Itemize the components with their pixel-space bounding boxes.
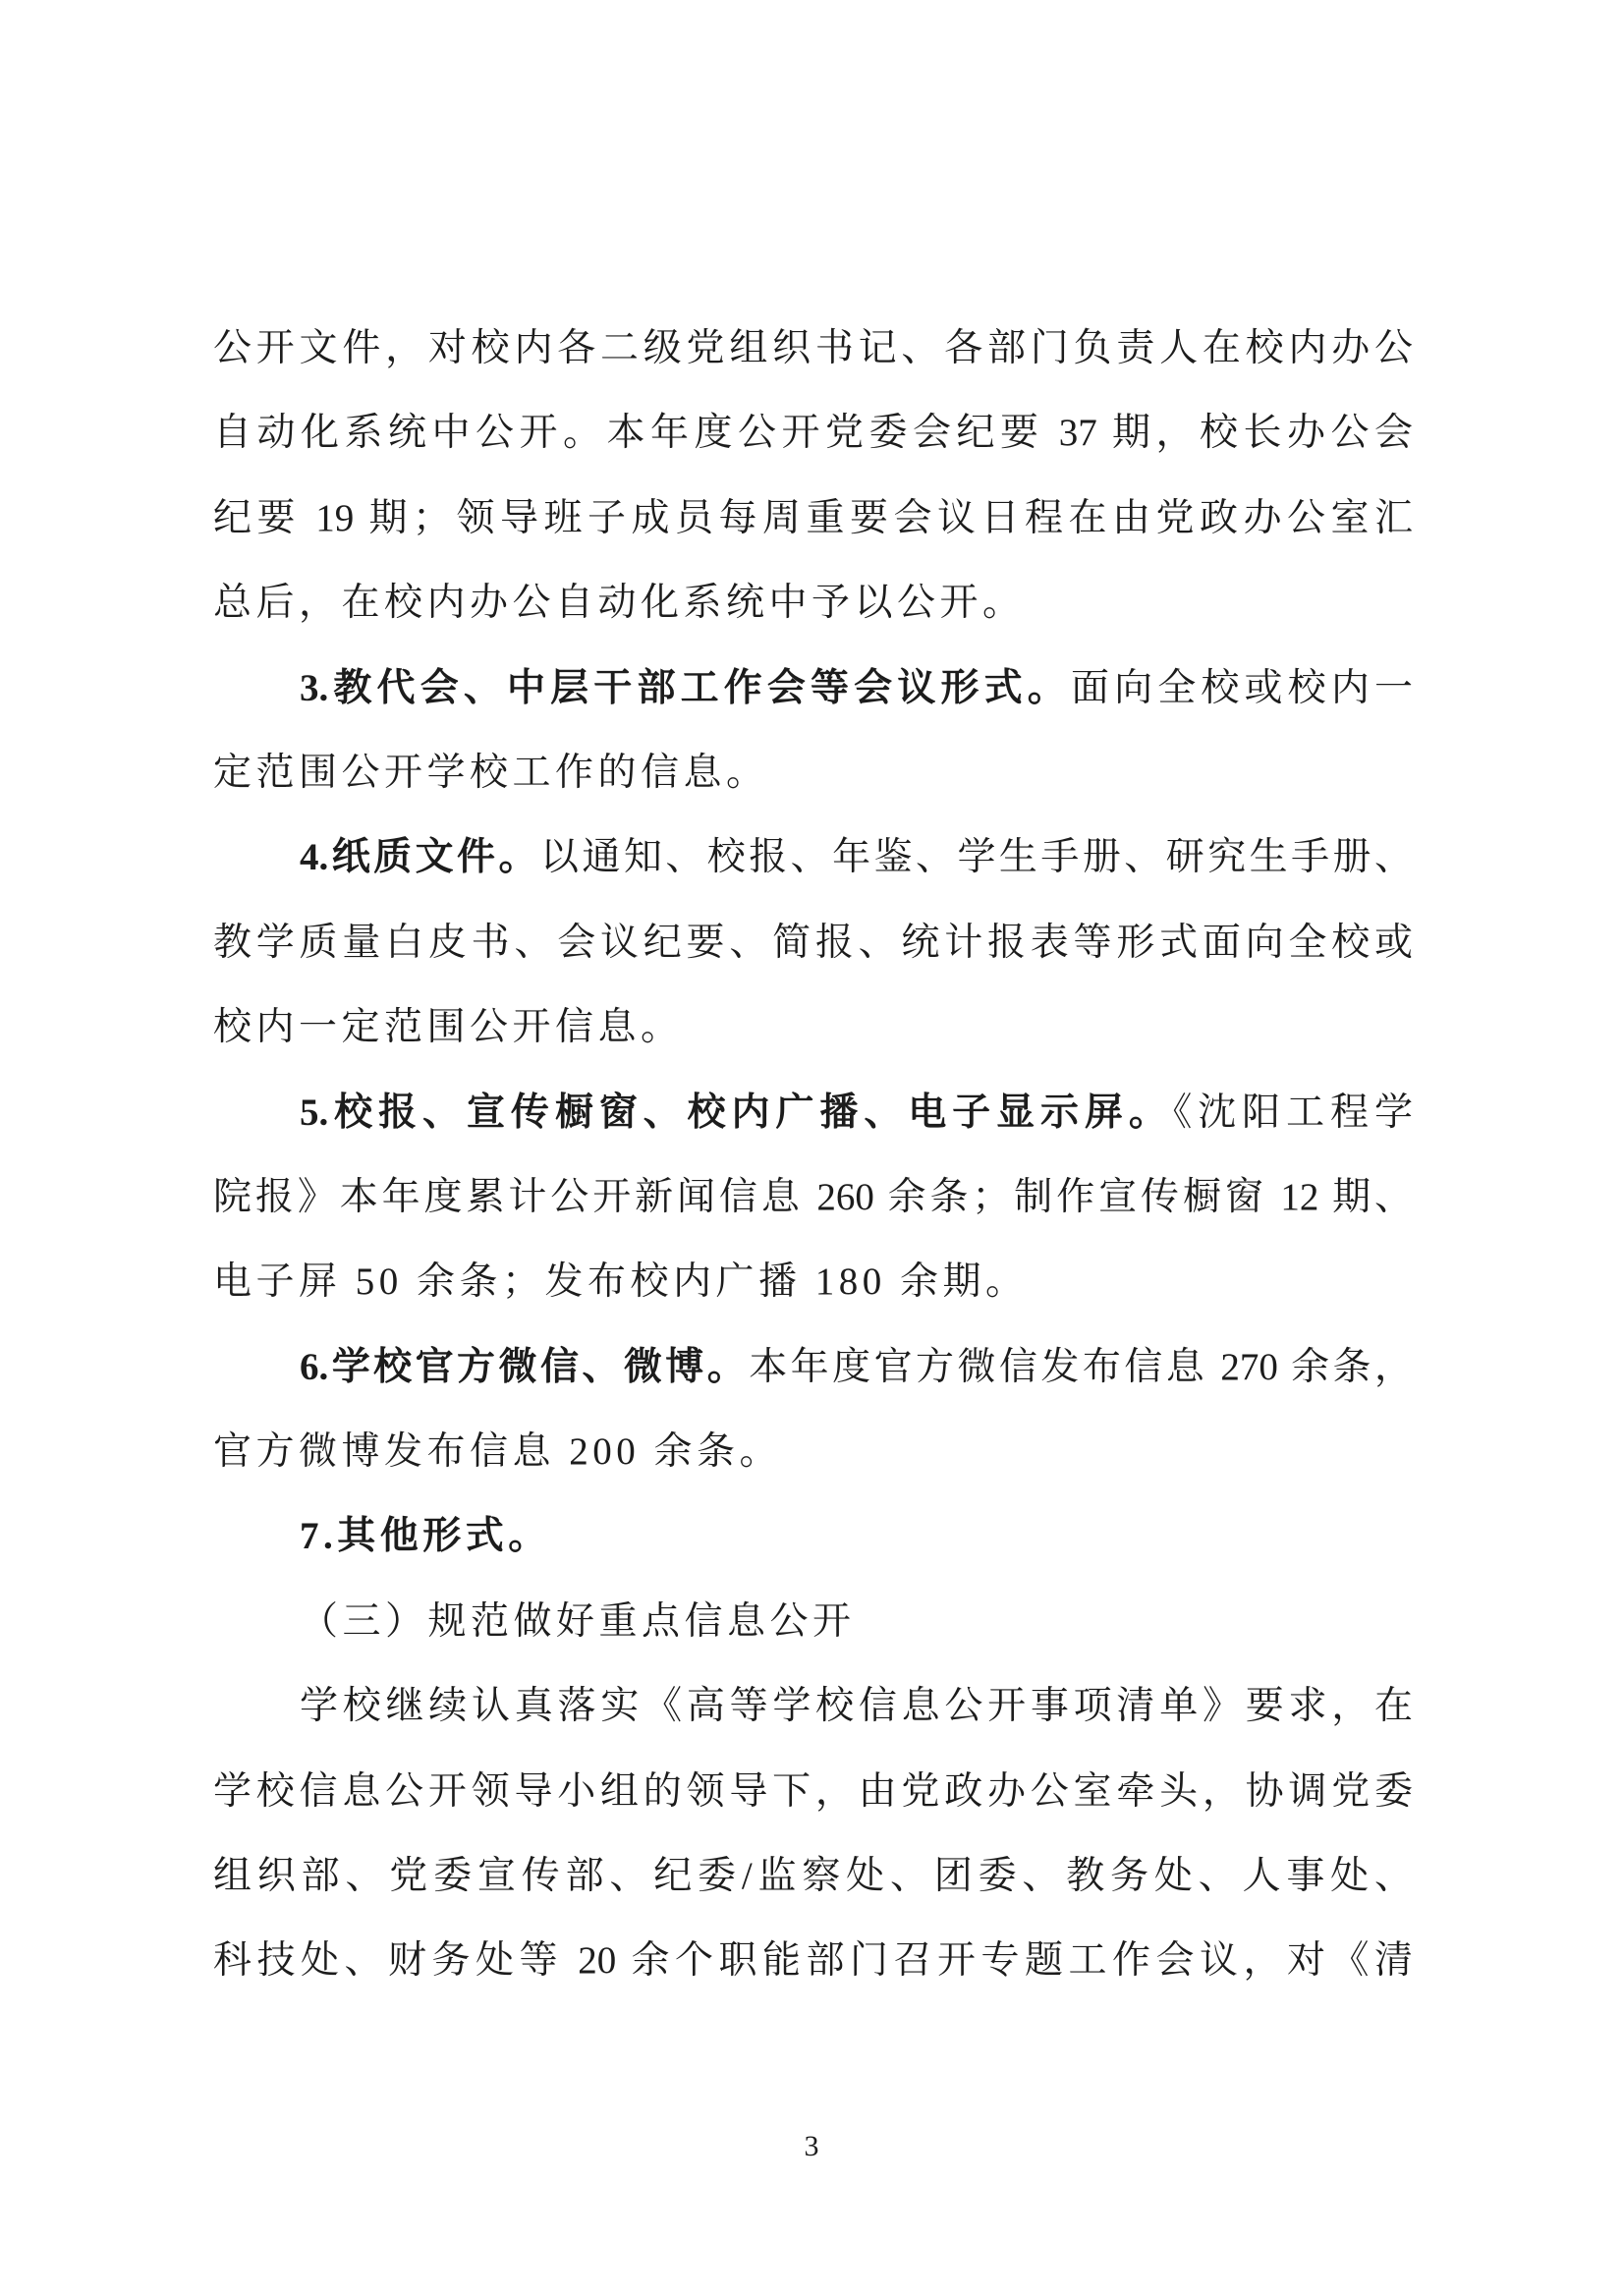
body-line: 总后，在校内办公自动化系统中予以公开。 [213, 561, 1413, 645]
bold-text-segment: 7.其他形式。 [300, 1515, 551, 1557]
bold-text-segment: 5.校报、宣传橱窗、校内广播、电子显示屏。 [300, 1092, 1173, 1134]
body-line: 6.学校官方微信、微博。本年度官方微信发布信息 270 余条， [213, 1325, 1413, 1410]
text-segment: 学校信息公开领导小组的领导下，由党政办公室牵头，协调党委 [213, 1770, 1413, 1813]
text-segment: 教学质量白皮书、会议纪要、简报、统计报表等形式面向全校或 [213, 922, 1413, 964]
body-line: 定范围公开学校工作的信息。 [213, 731, 1413, 815]
body-line: 公开文件，对校内各二级党组织书记、各部门负责人在校内办公 [213, 307, 1413, 391]
text-segment: 定范围公开学校工作的信息。 [213, 752, 769, 794]
body-line: 科技处、财务处等 20 余个职能部门召开专题工作会议，对《清 [213, 1919, 1413, 2003]
body-line: 7.其他形式。 [213, 1494, 1413, 1579]
body-line: 纪要 19 期；领导班子成员每周重要会议日程在由党政办公室汇 [213, 476, 1413, 561]
bold-text-segment: 3.教代会、中层干部工作会等会议形式。 [300, 667, 1071, 709]
text-segment: 科技处、财务处等 20 余个职能部门召开专题工作会议，对《清 [213, 1939, 1413, 1982]
text-segment: 校内一定范围公开信息。 [213, 1006, 684, 1048]
page-number: 3 [0, 2125, 1623, 2168]
text-segment: 电子屏 50 余条；发布校内广播 180 余期。 [213, 1260, 1029, 1303]
text-segment: 官方微博发布信息 200 余条。 [213, 1430, 782, 1473]
bold-text-segment: 4.纸质文件。 [300, 836, 540, 878]
text-segment: 自动化系统中公开。本年度公开党委会纪要 37 期，校长办公会 [213, 412, 1413, 454]
body-line: 组织部、党委宣传部、纪委/监察处、团委、教务处、人事处、 [213, 1834, 1413, 1919]
text-segment: 公开文件，对校内各二级党组织书记、各部门负责人在校内办公 [213, 327, 1413, 369]
text-segment: 本年度官方微信发布信息 270 余条， [749, 1346, 1413, 1388]
body-line: 官方微博发布信息 200 余条。 [213, 1410, 1413, 1494]
body-line: 自动化系统中公开。本年度公开党委会纪要 37 期，校长办公会 [213, 391, 1413, 476]
body-line: 学校信息公开领导小组的领导下，由党政办公室牵头，协调党委 [213, 1750, 1413, 1834]
text-segment: 院报》本年度累计公开新闻信息 260 余条；制作宣传橱窗 12 期、 [213, 1176, 1413, 1218]
text-segment: 总后，在校内办公自动化系统中予以公开。 [213, 582, 1026, 624]
body-line: 电子屏 50 余条；发布校内广播 180 余期。 [213, 1240, 1413, 1324]
text-segment: 以通知、校报、年鉴、学生手册、研究生手册、 [540, 836, 1413, 878]
document-text-block: 公开文件，对校内各二级党组织书记、各部门负责人在校内办公 自动化系统中公开。本年… [213, 307, 1413, 2004]
text-segment: （三）规范做好重点信息公开 [300, 1600, 856, 1643]
bold-text-segment: 6.学校官方微信、微博。 [300, 1346, 749, 1388]
body-line: 校内一定范围公开信息。 [213, 985, 1413, 1070]
body-line: 学校继续认真落实《高等学校信息公开事项清单》要求，在 [213, 1664, 1413, 1749]
section-heading: （三）规范做好重点信息公开 [213, 1580, 1413, 1664]
body-line: 3.教代会、中层干部工作会等会议形式。面向全校或校内一 [213, 646, 1413, 731]
text-segment: 《沈阳工程学 [1173, 1092, 1413, 1134]
text-segment: 纪要 19 期；领导班子成员每周重要会议日程在由党政办公室汇 [213, 497, 1413, 539]
text-segment: 组织部、党委宣传部、纪委/监察处、团委、教务处、人事处、 [213, 1855, 1413, 1897]
text-segment: 面向全校或校内一 [1071, 667, 1413, 709]
text-segment: 学校继续认真落实《高等学校信息公开事项清单》要求，在 [300, 1685, 1413, 1727]
body-line: 教学质量白皮书、会议纪要、简报、统计报表等形式面向全校或 [213, 901, 1413, 985]
body-line: 4.纸质文件。以通知、校报、年鉴、学生手册、研究生手册、 [213, 815, 1413, 900]
body-line: 院报》本年度累计公开新闻信息 260 余条；制作宣传橱窗 12 期、 [213, 1155, 1413, 1240]
body-line: 5.校报、宣传橱窗、校内广播、电子显示屏。《沈阳工程学 [213, 1071, 1413, 1155]
